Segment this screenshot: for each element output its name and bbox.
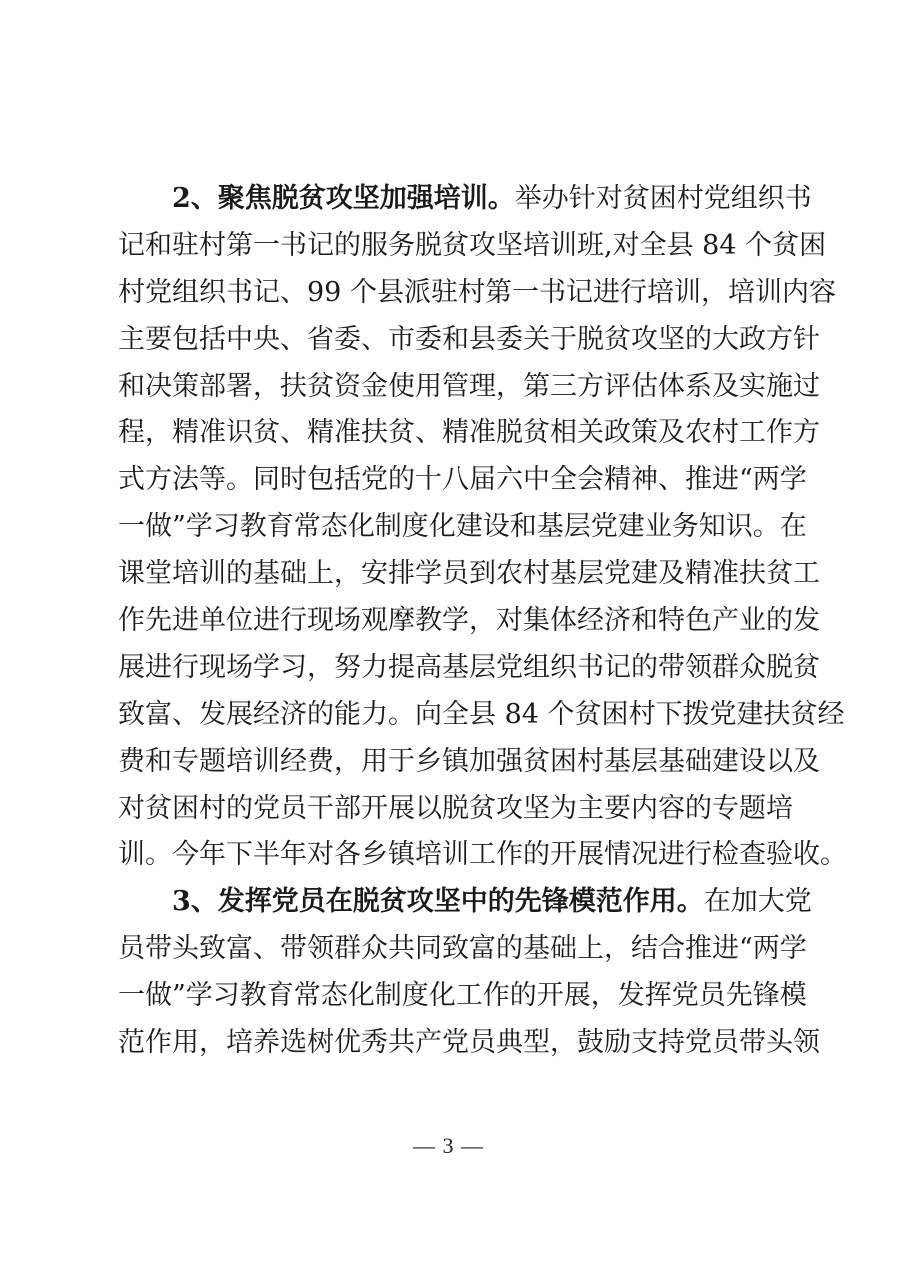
paragraph-line: 员带头致富、带领群众共同致富的基础上，结合推进“两学: [118, 926, 782, 973]
document-body: 2、聚焦脱贫攻坚加强培训。举办针对贫困村党组织书 记和驻村第一书记的服务脱贫攻坚…: [118, 176, 782, 1067]
section-2-heading: 聚焦脱贫攻坚加强培训。: [218, 183, 515, 214]
paragraph-line: 一做”学习教育常态化制度化工作的开展，发挥党员先锋模: [118, 973, 782, 1020]
paragraph-line: 和决策部署，扶贫资金使用管理，第三方评估体系及实施过: [118, 364, 782, 411]
section-2-number: 2、: [172, 183, 218, 214]
paragraph-line: 一做”学习教育常态化制度化建设和基层党建业务知识。在: [118, 504, 782, 551]
paragraph-line: 范作用，培养选树优秀共产党员典型，鼓励支持党员带头领: [118, 1020, 782, 1067]
paragraph-line: 程，精准识贫、精准扶贫、精准脱贫相关政策及农村工作方: [118, 410, 782, 457]
paragraph-line: 致富、发展经济的能力。向全县 84 个贫困村下拨党建扶贫经: [118, 692, 782, 739]
paragraph-line: 课堂培训的基础上，安排学员到农村基层党建及精准扶贫工: [118, 551, 782, 598]
paragraph-text: 在加大党: [704, 886, 812, 917]
paragraph-line: 作先进单位进行现场观摩教学，对集体经济和特色产业的发: [118, 598, 782, 645]
paragraph-text: 举办针对贫困村党组织书: [515, 183, 812, 214]
paragraph-line: 对贫困村的党员干部开展以脱贫攻坚为主要内容的专题培: [118, 786, 782, 833]
page-number: — 3 —: [0, 1133, 897, 1159]
section-3-heading: 发挥党员在脱贫攻坚中的先锋模范作用。: [218, 886, 704, 917]
paragraph-line: 展进行现场学习，努力提高基层党组织书记的带领群众脱贫: [118, 645, 782, 692]
paragraph-line: 训。今年下半年对各乡镇培训工作的开展情况进行检查验收。: [118, 832, 782, 879]
paragraph-line: 村党组织书记、99 个县派驻村第一书记进行培训，培训内容: [118, 270, 782, 317]
section-2-heading-line: 2、聚焦脱贫攻坚加强培训。举办针对贫困村党组织书: [118, 176, 782, 223]
paragraph-line: 费和专题培训经费，用于乡镇加强贫困村基层基础建设以及: [118, 739, 782, 786]
document-page: 2、聚焦脱贫攻坚加强培训。举办针对贫困村党组织书 记和驻村第一书记的服务脱贫攻坚…: [0, 0, 897, 1269]
section-3-heading-line: 3、发挥党员在脱贫攻坚中的先锋模范作用。在加大党: [118, 879, 782, 926]
paragraph-line: 记和驻村第一书记的服务脱贫攻坚培训班,对全县 84 个贫困: [118, 223, 782, 270]
paragraph-line: 式方法等。同时包括党的十八届六中全会精神、推进“两学: [118, 457, 782, 504]
section-3-number: 3、: [172, 886, 218, 917]
paragraph-line: 主要包括中央、省委、市委和县委关于脱贫攻坚的大政方针: [118, 317, 782, 364]
